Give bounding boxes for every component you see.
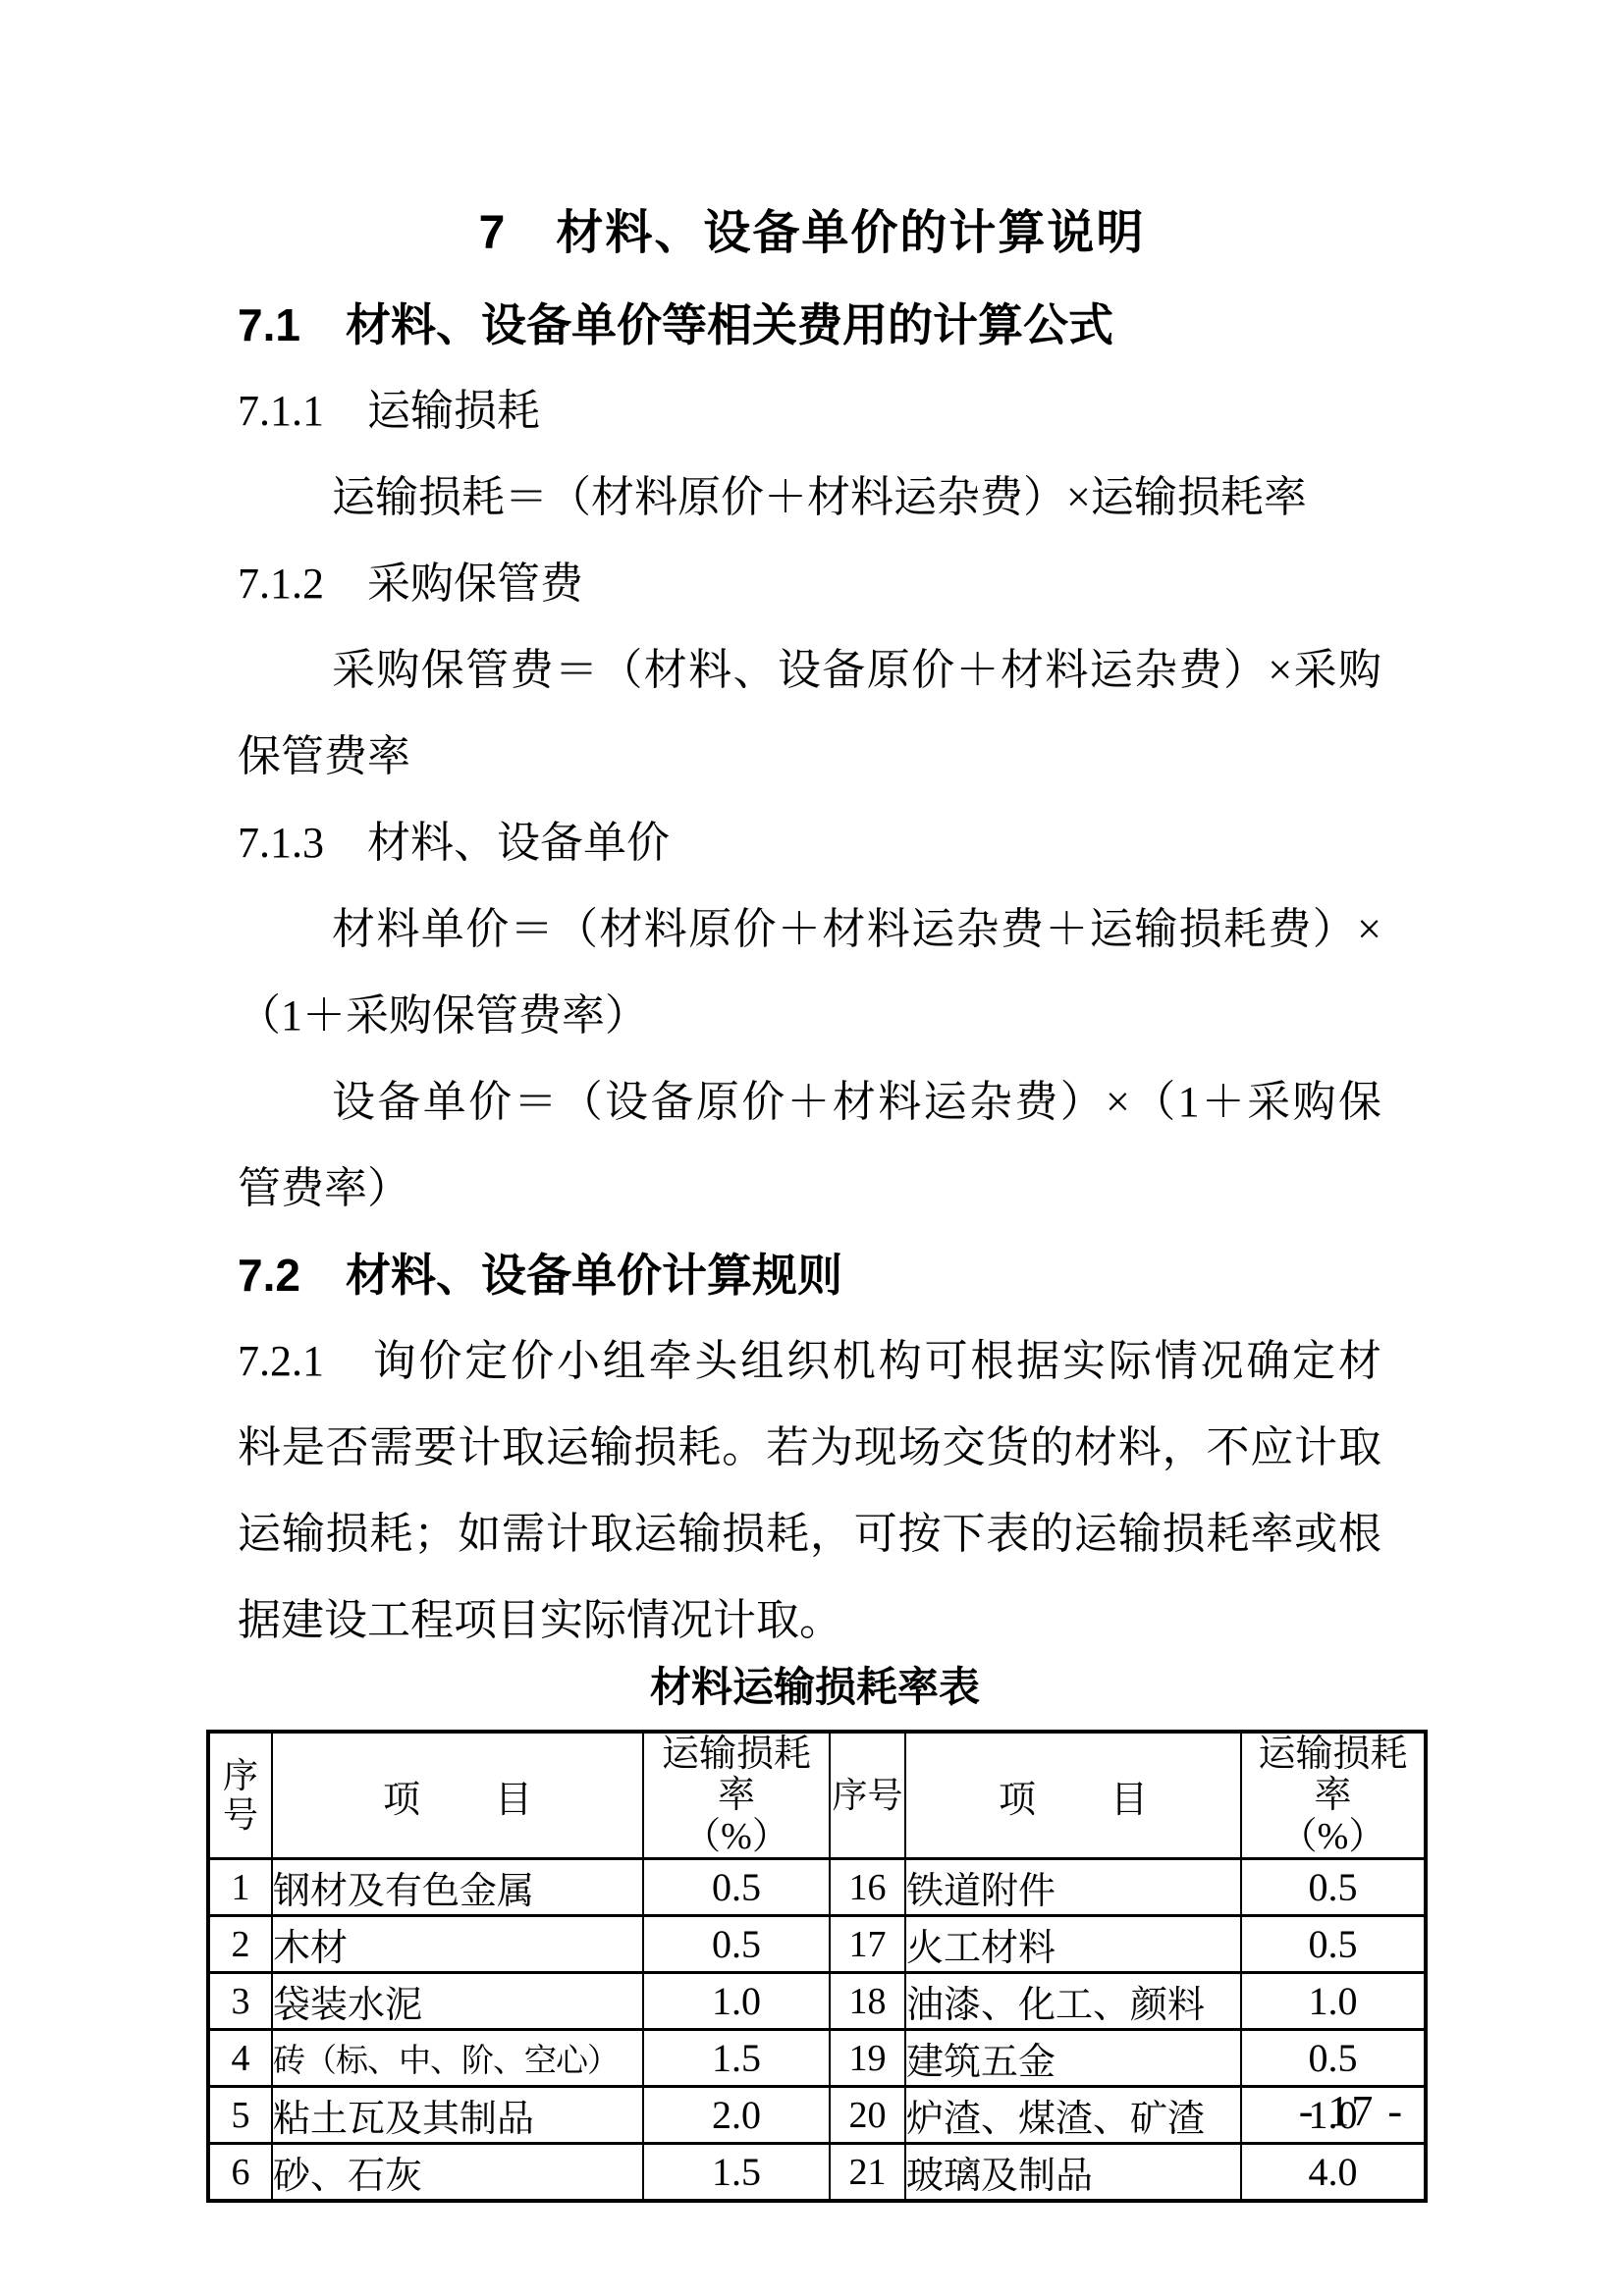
body-text: 7.1 材料、设备单价等相关费用的计算公式 7.1.1 运输损耗 运输损耗＝（材…: [238, 282, 1381, 1664]
formula-material-price-line2: （1＋采购保管费率）: [238, 973, 1381, 1059]
cell-rate: 1.0: [1241, 1973, 1426, 2030]
para-7-2-1-line1: 7.2.1 询价定价小组牵头组织机构可根据实际情况确定材: [238, 1318, 1381, 1405]
header-item-left: 项 目: [272, 1732, 643, 1859]
cell-rate: 0.5: [643, 1859, 830, 1916]
cell-seq: 6: [208, 2144, 272, 2202]
cell-item: 油漆、化工、颜料: [905, 1973, 1241, 2030]
cell-item: 木材: [272, 1916, 643, 1973]
cell-rate: 0.5: [1241, 2030, 1426, 2087]
header-rate-right-line1: 运输损耗率: [1242, 1734, 1424, 1816]
cell-item: 火工材料: [905, 1916, 1241, 1973]
cell-seq: 4: [208, 2030, 272, 2087]
cell-seq: 16: [830, 1859, 905, 1916]
document-page: 7 材料、设备单价的计算说明 7.1 材料、设备单价等相关费用的计算公式 7.1…: [0, 0, 1624, 2296]
table-row: 5 粘土瓦及其制品 2.0 20 炉渣、煤渣、矿渣 1.0: [208, 2087, 1426, 2144]
header-seq-right: 序号: [830, 1732, 905, 1859]
table-header-row: 序号 项 目 运输损耗率 （%） 序号 项 目 运输损耗率 （%）: [208, 1732, 1426, 1859]
cell-seq: 17: [830, 1916, 905, 1973]
formula-material-price-line1: 材料单价＝（材料原价＋材料运杂费＋运输损耗费）×: [238, 886, 1381, 973]
header-rate-left-line1: 运输损耗率: [644, 1734, 829, 1816]
cell-item: 袋装水泥: [272, 1973, 643, 2030]
heading-7-1-1: 7.1.1 运输损耗: [238, 368, 1381, 454]
formula-equipment-price-line2: 管费率）: [238, 1146, 1381, 1232]
heading-7-1-3: 7.1.3 材料、设备单价: [238, 800, 1381, 886]
formula-transport-loss: 运输损耗＝（材料原价＋材料运杂费）×运输损耗率: [238, 454, 1381, 541]
cell-rate: 1.5: [643, 2144, 830, 2202]
header-item-right: 项 目: [905, 1732, 1241, 1859]
cell-item: 炉渣、煤渣、矿渣: [905, 2087, 1241, 2144]
cell-rate: 1.0: [643, 1973, 830, 2030]
header-seq-left: 序号: [208, 1732, 272, 1859]
table-row: 4 砖（标、中、阶、空心） 1.5 19 建筑五金 0.5: [208, 2030, 1426, 2087]
heading-7-2: 7.2 材料、设备单价计算规则: [238, 1232, 1381, 1318]
cell-seq: 18: [830, 1973, 905, 2030]
cell-item: 钢材及有色金属: [272, 1859, 643, 1916]
para-7-2-1-line4: 据建设工程项目实际情况计取。: [238, 1577, 1381, 1664]
page-number: - 17 -: [1299, 2087, 1404, 2136]
cell-rate: 0.5: [643, 1916, 830, 1973]
formula-procurement-line2: 保管费率: [238, 714, 1381, 800]
cell-seq: 5: [208, 2087, 272, 2144]
header-rate-left: 运输损耗率 （%）: [643, 1732, 830, 1859]
cell-seq: 1: [208, 1859, 272, 1916]
para-7-2-1-line3: 运输损耗；如需计取运输损耗，可按下表的运输损耗率或根: [238, 1491, 1381, 1577]
header-rate-right: 运输损耗率 （%）: [1241, 1732, 1426, 1859]
cell-item: 铁道附件: [905, 1859, 1241, 1916]
para-7-2-1-line2: 料是否需要计取运输损耗。若为现场交货的材料，不应计取: [238, 1405, 1381, 1491]
table-row: 3 袋装水泥 1.0 18 油漆、化工、颜料 1.0: [208, 1973, 1426, 2030]
cell-rate: 0.5: [1241, 1859, 1426, 1916]
cell-seq: 3: [208, 1973, 272, 2030]
header-rate-right-line2: （%）: [1242, 1816, 1424, 1857]
cell-item: 建筑五金: [905, 2030, 1241, 2087]
cell-item: 玻璃及制品: [905, 2144, 1241, 2202]
header-rate-left-line2: （%）: [644, 1816, 829, 1857]
heading-7-1-2: 7.1.2 采购保管费: [238, 541, 1381, 627]
table-row: 1 钢材及有色金属 0.5 16 铁道附件 0.5: [208, 1859, 1426, 1916]
cell-item: 粘土瓦及其制品: [272, 2087, 643, 2144]
page-title: 7 材料、设备单价的计算说明: [0, 208, 1624, 259]
table-row: 2 木材 0.5 17 火工材料 0.5: [208, 1916, 1426, 1973]
heading-7-1: 7.1 材料、设备单价等相关费用的计算公式: [238, 282, 1381, 368]
cell-rate: 2.0: [643, 2087, 830, 2144]
cell-seq: 20: [830, 2087, 905, 2144]
cell-item: 砖（标、中、阶、空心）: [272, 2030, 643, 2087]
table-row: 6 砂、石灰 1.5 21 玻璃及制品 4.0: [208, 2144, 1426, 2202]
table-title: 材料运输损耗率表: [206, 1664, 1424, 1711]
formula-procurement-line1: 采购保管费＝（材料、设备原价＋材料运杂费）×采购: [238, 627, 1381, 714]
cell-seq: 2: [208, 1916, 272, 1973]
loss-rate-table: 序号 项 目 运输损耗率 （%） 序号 项 目 运输损耗率 （%） 1 钢材及有…: [206, 1730, 1428, 2203]
cell-rate: 4.0: [1241, 2144, 1426, 2202]
cell-seq: 19: [830, 2030, 905, 2087]
cell-item: 砂、石灰: [272, 2144, 643, 2202]
cell-rate: 1.5: [643, 2030, 830, 2087]
cell-rate: 0.5: [1241, 1916, 1426, 1973]
formula-equipment-price-line1: 设备单价＝（设备原价＋材料运杂费）×（1＋采购保: [238, 1059, 1381, 1146]
cell-seq: 21: [830, 2144, 905, 2202]
